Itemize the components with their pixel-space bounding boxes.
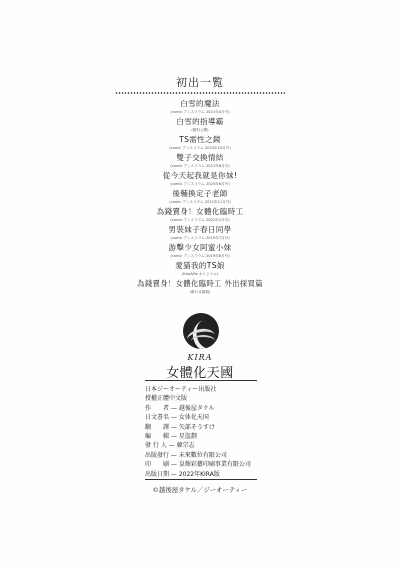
book-title: 女體化天國 [0, 362, 400, 381]
toc-entry: 為錢賣身！女體化臨時工 (comic アンスリウム 2022年1月号) [0, 207, 400, 223]
entry-title: 男裝妹子春日同學 [0, 225, 400, 235]
entry-title: 為錢賣身！女體化臨時工 外出採買篇 [0, 279, 400, 289]
entry-source: (comic アンスリウム 2021年8月号) [0, 163, 400, 169]
toc-entry: 後輔換定子老師 (comic アンスリウム 2021年11月号) [0, 189, 400, 205]
entry-source: (comic アンスリウム 2020年6月号) [0, 181, 400, 187]
credit-line: 印 刷 — 皇輝彩藝印刷事業有限公司 [145, 460, 265, 469]
entry-source: (comic アンスリウム 2019年6月号) [0, 253, 400, 259]
entry-title: 愛猫我的TS娘 [0, 261, 400, 271]
credits: 日本ジーオーティー出版社 授權正體中文版 作 者 — 越後屋タケル 日文書名 —… [145, 385, 265, 479]
credit-line: 授權正體中文版 [145, 394, 265, 403]
entry-title: 游擊少女阿蜜小妹 [0, 243, 400, 253]
entry-source: (comic アンスリウム 2019年7月号) [0, 235, 400, 241]
credit-line: 出版發行 — 未來數位有限公司 [145, 451, 265, 460]
credit-line: 日本ジーオーティー出版社 [145, 385, 265, 394]
toc-entry: 男裝妹子春日同學 (comic アンスリウム 2019年7月号) [0, 225, 400, 241]
entry-title: 後輔換定子老師 [0, 189, 400, 199]
brand-name: KIRA [0, 353, 400, 362]
credit-line: 發 行 人 — 韓宗志 [145, 441, 265, 450]
entry-source: (comic アンスリウム 2020年10月号) [0, 145, 400, 151]
toc-entry: 從今天起我就是你妹! (comic アンスリウム 2020年6月号) [0, 171, 400, 187]
entry-source: (Kiss&Re オリジナル) [0, 271, 400, 277]
entry-title: 從今天起我就是你妹! [0, 171, 400, 181]
entry-source: (單行本描稿) [0, 289, 400, 295]
entry-source: (comic アンスリウム 2022年1月号) [0, 217, 400, 223]
toc-entry: TS需性之鏡 (comic アンスリウム 2020年10月号) [0, 135, 400, 151]
entry-title: 白雪的指導霸 [0, 117, 400, 127]
credit-line: 翻 譯 — 矢部そうすけ [145, 423, 265, 432]
dotted-divider [115, 92, 285, 94]
divider [145, 479, 257, 480]
toc-list: 白雪的魔法 (comic アンスリウム 2021年4月号) 白雪的指導霸 (無料… [0, 99, 400, 297]
entry-title: 白雪的魔法 [0, 99, 400, 109]
toc-entry: 白雪的魔法 (comic アンスリウム 2021年4月号) [0, 99, 400, 115]
credit-line: 日文書名 — 女体化天国 [145, 413, 265, 422]
entry-title: TS需性之鏡 [0, 135, 400, 145]
toc-entry: 雙子交換情結 (comic アンスリウム 2021年8月号) [0, 153, 400, 169]
credit-line: 作 者 — 越後屋タケル [145, 404, 265, 413]
publisher-logo-icon [183, 313, 219, 349]
toc-entry: 白雪的指導霸 (無料公開) [0, 117, 400, 133]
entry-source: (comic アンスリウム 2021年11月号) [0, 199, 400, 205]
credit-line: 編 輯 — 星盜劃 [145, 432, 265, 441]
toc-title: 初出一覧 [0, 74, 400, 90]
divider [145, 380, 257, 381]
toc-entry: 游擊少女阿蜜小妹 (comic アンスリウム 2019年6月号) [0, 243, 400, 259]
credit-line: 出版日期 — 2022年KIRA版 [145, 470, 265, 479]
toc-entry: 愛猫我的TS娘 (Kiss&Re オリジナル) [0, 261, 400, 277]
entry-source: (無料公開) [0, 127, 400, 133]
entry-source: (comic アンスリウム 2021年4月号) [0, 109, 400, 115]
entry-title: 為錢賣身！女體化臨時工 [0, 207, 400, 217]
copyright-notice: ©越後屋タケル／ジーオーティー [0, 485, 400, 494]
toc-entry: 為錢賣身！女體化臨時工 外出採買篇 (單行本描稿) [0, 279, 400, 295]
entry-title: 雙子交換情結 [0, 153, 400, 163]
